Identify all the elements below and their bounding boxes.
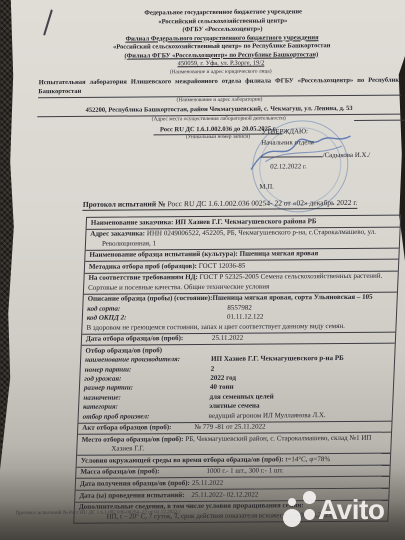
row-label: код ОКПД 2: [87, 313, 227, 323]
row-label: Акт отбора образцов (проб): [82, 423, 194, 433]
table-row-customer-address: Адрес заказчика: ИНН 0249006522, 452205,… [86, 227, 400, 250]
row-label: Наименование заказчика: [91, 218, 174, 227]
avito-logo-icon [288, 498, 296, 506]
signature-line: /Садыкова И.Х./ [260, 148, 396, 162]
row-value: 01.11.12.122 [227, 312, 392, 323]
avito-logo-icon [283, 509, 301, 527]
protocol-title-number: Росс RU ДС 1.6.1.002.036 00254- 22 от «0… [165, 198, 357, 208]
row-label: Место отбора образца/ов (проб): [82, 435, 184, 444]
page-footnote: Протокол испытаний № Росс RU ДС 1.6.1.00… [16, 509, 181, 516]
avito-logo-icon [304, 509, 315, 520]
approval-block: УТВЕРЖДАЮ: Начальник отдела /Садыкова И.… [259, 126, 397, 193]
approver-name: /Садыкова И.Х./ [323, 152, 371, 159]
protocol-title-label: Протокол испытаний № [83, 199, 166, 209]
row-label: Масса образца/ов (проб): [80, 467, 206, 477]
row-label: Методика отбора проб (образцов): [89, 262, 197, 271]
signature-blank [261, 148, 323, 157]
row-value: 1000 г.- 1 шт., 300 г.- 1 шт. [206, 466, 385, 477]
row-value: № 779 -81 от 25.11.2022 [194, 422, 387, 433]
row-label: Описание образца (пробы) (состояние): [87, 294, 212, 303]
row-value: 25.11.2022 [192, 478, 385, 489]
row-label: Дата получения образца/ов (проб): [80, 479, 192, 489]
document-photo: Федеральное государственное бюджетное уч… [0, 0, 405, 540]
sampled-by-line: отбор проб произвел: ведущий агроном ИЛ … [83, 410, 388, 422]
document-header: Федеральное государственное бюджетное уч… [36, 8, 405, 143]
row-value: Пшеница мягкая яровая [239, 249, 318, 258]
row-label: Дата (ы) проведения испытаний: [79, 491, 191, 501]
row-value: t=14°С, φ=78% [284, 455, 331, 463]
row-value: 25.11.2022 [212, 333, 391, 344]
row-label: отбор проб произвел: [83, 412, 209, 422]
document-page: Федеральное государственное бюджетное уч… [0, 0, 405, 540]
protocol-title: Протокол испытаний № Росс RU ДС 1.6.1.00… [39, 198, 400, 210]
row-value: ГОСТ 12036-85 [199, 261, 246, 269]
row-value: ведущий агроном ИЛ Муллаянова Л.Х. [209, 410, 388, 421]
avito-logo-icon [303, 491, 316, 504]
table-row-sampling-place: Место отбора образца/ов (проб): РБ, Чекм… [77, 433, 391, 456]
condition-note: В здоровом не греющемся состоянии, запах… [86, 321, 391, 333]
row-value: Пшеница мягкая яровая, сорта Ульяновская… [212, 293, 372, 302]
row-label: Дата отбора образца/ов (проб): [86, 334, 212, 344]
lab-address-caption: (Адрес места осуществления лабораторной … [37, 115, 400, 125]
row-label: Условия окружающей среды во время отбора… [81, 455, 284, 464]
avito-wordmark: Avito [318, 494, 384, 526]
seal-place-label: М.П. [259, 181, 395, 193]
protocol-table: Наименование заказчика: ИП Хазиев Г.Г. Ч… [73, 215, 401, 524]
row-value: ИП Хазиев Г.Г. Чекмагушевского района РБ [175, 217, 317, 226]
table-row-description: Описание образца (пробы) (состояние):Пше… [82, 292, 397, 334]
table-row-nd-requirements: На соответствие требованиям НД: ГОСТ Р 5… [84, 271, 398, 294]
row-label: На соответствие требованиям НД: [88, 273, 198, 282]
row-label: Адрес заказчика: [90, 230, 145, 238]
org-address-caption: (Наименование и адрес юридического лица) [39, 67, 402, 77]
row-label: Наименование образца испытаний (культура… [89, 250, 238, 259]
lab-name: Испытательная лаборатория Илишевского ме… [38, 77, 402, 99]
avito-watermark: Avito [280, 490, 402, 538]
approval-date: 02.12.2022 г. [270, 161, 396, 173]
table-row-sampling-section: Отбор образца/ов (проб) наименование про… [78, 344, 394, 424]
